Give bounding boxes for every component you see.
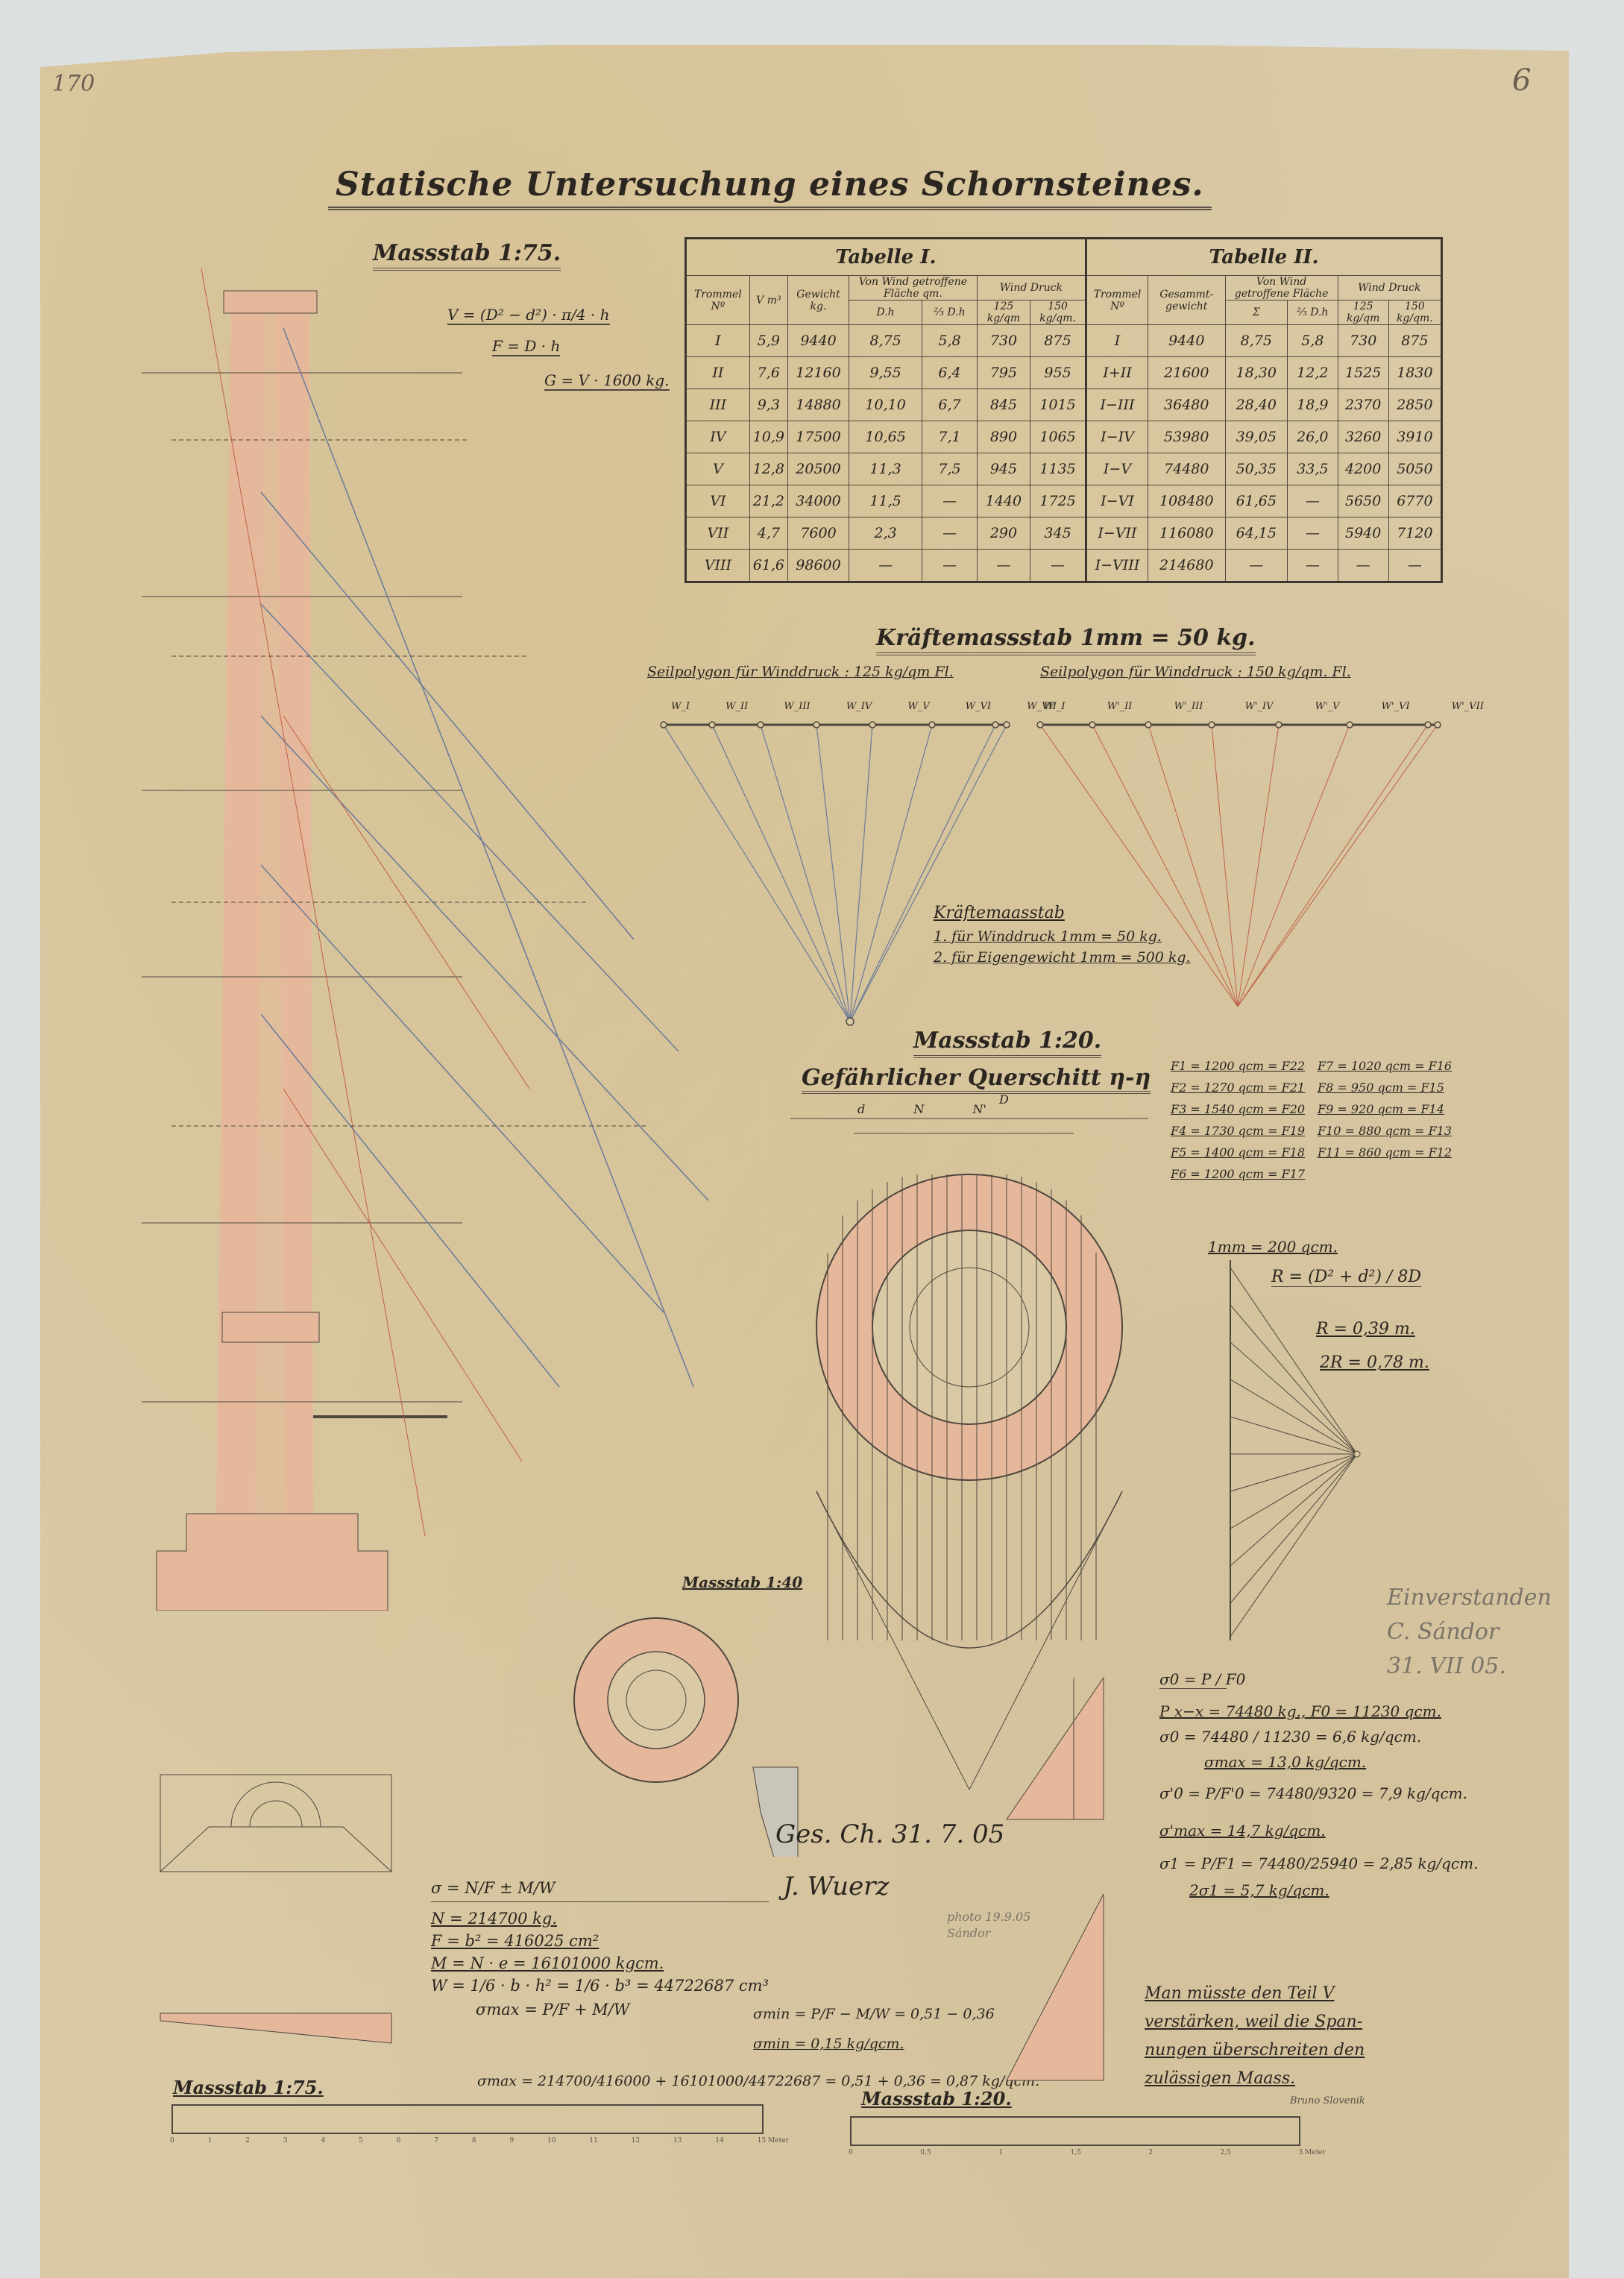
table-row: IV10,91750010,657,18901065 <box>686 421 1086 453</box>
table-row: I+II2160018,3012,215251830 <box>1086 357 1442 389</box>
conclusion-note: Man müsste den Teil V verstärken, weil d… <box>1145 1980 1365 2093</box>
table-1-caption: Tabelle I. <box>686 239 1086 276</box>
table-1: Tabelle I. Trommel Nº V m³ Gewicht kg. V… <box>684 237 1087 583</box>
foundation-plan-drawing <box>552 1588 820 1857</box>
drafter-signature: Bruno Slovenik <box>1290 2095 1365 2106</box>
elevation-scale-label: Massstab 1:75. <box>373 240 561 271</box>
col-trommel: Trommel Nº <box>1086 276 1148 325</box>
funicular-right-caption: Seilpolygon für Winddruck : 150 kg/qm. F… <box>1040 664 1351 680</box>
col-volume: V m³ <box>749 276 787 325</box>
table-row: V12,82050011,37,59451135 <box>686 453 1086 485</box>
pencil-photo-note: photo 19.9.05 Sándor <box>947 1909 1036 1942</box>
table-2: Tabelle II. Trommel Nº Gesammt-gewicht V… <box>1085 237 1443 583</box>
section-dim-D: D <box>999 1092 1009 1107</box>
area-scale: 1mm = 200 qcm. <box>1208 1238 1338 1256</box>
table-row: II7,6121609,556,4795955 <box>686 357 1086 389</box>
scalebar-right <box>850 2116 1300 2146</box>
section-title: Gefährlicher Querschitt η-η <box>802 1065 1151 1094</box>
sigma-max-result: σmax = 214700/416000 + 16101000/44722687… <box>477 2073 1039 2089</box>
col-w125: 125 kg/qm <box>977 301 1030 325</box>
scalebar-left-ticks: 0123456789101112131415 Meter <box>170 2137 789 2145</box>
table-row: VIII61,698600———— <box>686 550 1086 582</box>
col-winddruck: Wind Druck <box>977 276 1086 301</box>
stress-calculations: σ0 = P / F0 P x−x = 74480 kg., F0 = 1123… <box>1159 1670 1473 1899</box>
checker-signature: J. Wuerz <box>783 1872 889 1901</box>
funicular-left-caption: Seilpolygon für Winddruck : 125 kg/qm Fl… <box>647 664 954 680</box>
col-w150: 150 kg/qm. <box>1388 301 1441 325</box>
scalebar-right-ticks: 00,511,522,53 Meter <box>849 2149 1326 2156</box>
section-scale-label: Massstab 1:20. <box>913 1028 1101 1058</box>
sigma-min-result: σmin = 0,15 kg/qcm. <box>753 2036 904 2052</box>
checked-date-signature: Ges. Ch. 31. 7. 05 <box>775 1819 1004 1849</box>
table-row: III9,31488010,106,78451015 <box>686 389 1086 421</box>
scalebar-left <box>171 2104 764 2134</box>
corner-number-right: 6 <box>1512 63 1531 98</box>
col-sigma: Σ <box>1225 301 1287 325</box>
chimney-elevation-drawing <box>112 268 723 1611</box>
foundation-side-drawing <box>149 1767 403 2051</box>
wind-force-labels-left: W_I W_II W_III W_IV W_V W_VI W_VII <box>671 701 1057 712</box>
approval-pencil-note: Einverstanden C. Sándor 31. VII 05. <box>1387 1581 1552 1684</box>
col-flaeche: Von Wind getroffene Fläche <box>1225 276 1338 301</box>
col-w150: 150 kg/qm. <box>1030 301 1086 325</box>
stress-triangles <box>999 1670 1148 2088</box>
corner-number-left: 170 <box>52 71 95 97</box>
scalebar-right-label: Massstab 1:20. <box>861 2088 1012 2109</box>
table-row: I94408,755,8730875 <box>1086 325 1442 357</box>
col-gesamtgewicht: Gesammt-gewicht <box>1148 276 1226 325</box>
col-winddruck: Wind Druck <box>1338 276 1441 301</box>
scalebar-left-label: Massstab 1:75. <box>173 2077 324 2098</box>
table-2-caption: Tabelle II. <box>1086 239 1442 276</box>
table-row: I5,994408,755,8730875 <box>686 325 1086 357</box>
wind-force-labels-right: W'_I W'_II W'_III W'_IV W'_V W'_VI W'_VI… <box>1044 701 1484 712</box>
page-title: Statische Untersuchung eines Schornstein… <box>328 166 1212 210</box>
section-dimension-labels: d N N' <box>857 1102 986 1116</box>
table-row: I−V7448050,3533,542005050 <box>1086 453 1442 485</box>
table-row: I−VII11608064,15—59407120 <box>1086 517 1442 550</box>
sigma-min-formula: σmin = P/F − M/W = 0,51 − 0,36 <box>753 2006 995 2022</box>
area-force-polygon <box>1208 1260 1372 1648</box>
col-dh: D.h <box>849 301 922 325</box>
col-flaeche: Von Wind getroffene Fläche qm. <box>849 276 977 301</box>
force-scale-note: Kräftemaasstab 1. für Winddruck 1mm = 50… <box>934 904 1191 966</box>
table-row: I−III3648028,4018,923702850 <box>1086 389 1442 421</box>
table-row: VI21,23400011,5—14401725 <box>686 485 1086 517</box>
col-w125: 125 kg/qm <box>1338 301 1388 325</box>
segment-area-list: F1 = 1200 qcm = F22 F7 = 1020 qcm = F16 … <box>1171 1059 1454 1181</box>
table-row: I−VI10848061,65—56506770 <box>1086 485 1442 517</box>
col-dh23: ⅔ D.h <box>1288 301 1338 325</box>
col-gewicht: Gewicht kg. <box>788 276 849 325</box>
force-polygon-fans <box>656 716 1447 1029</box>
table-row: I−VIII214680———— <box>1086 550 1442 582</box>
force-scale-heading: Kräftemassstab 1mm = 50 kg. <box>876 625 1256 655</box>
table-row: I−IV5398039,0526,032603910 <box>1086 421 1442 453</box>
table-row: VII4,776002,3—290345 <box>686 517 1086 550</box>
col-trommel: Trommel Nº <box>686 276 750 325</box>
foundation-stress-formulas: σ = N/F ± M/W N = 214700 kg. F = b² = 41… <box>431 1879 769 2019</box>
col-dh23: ⅔ D.h <box>922 301 978 325</box>
